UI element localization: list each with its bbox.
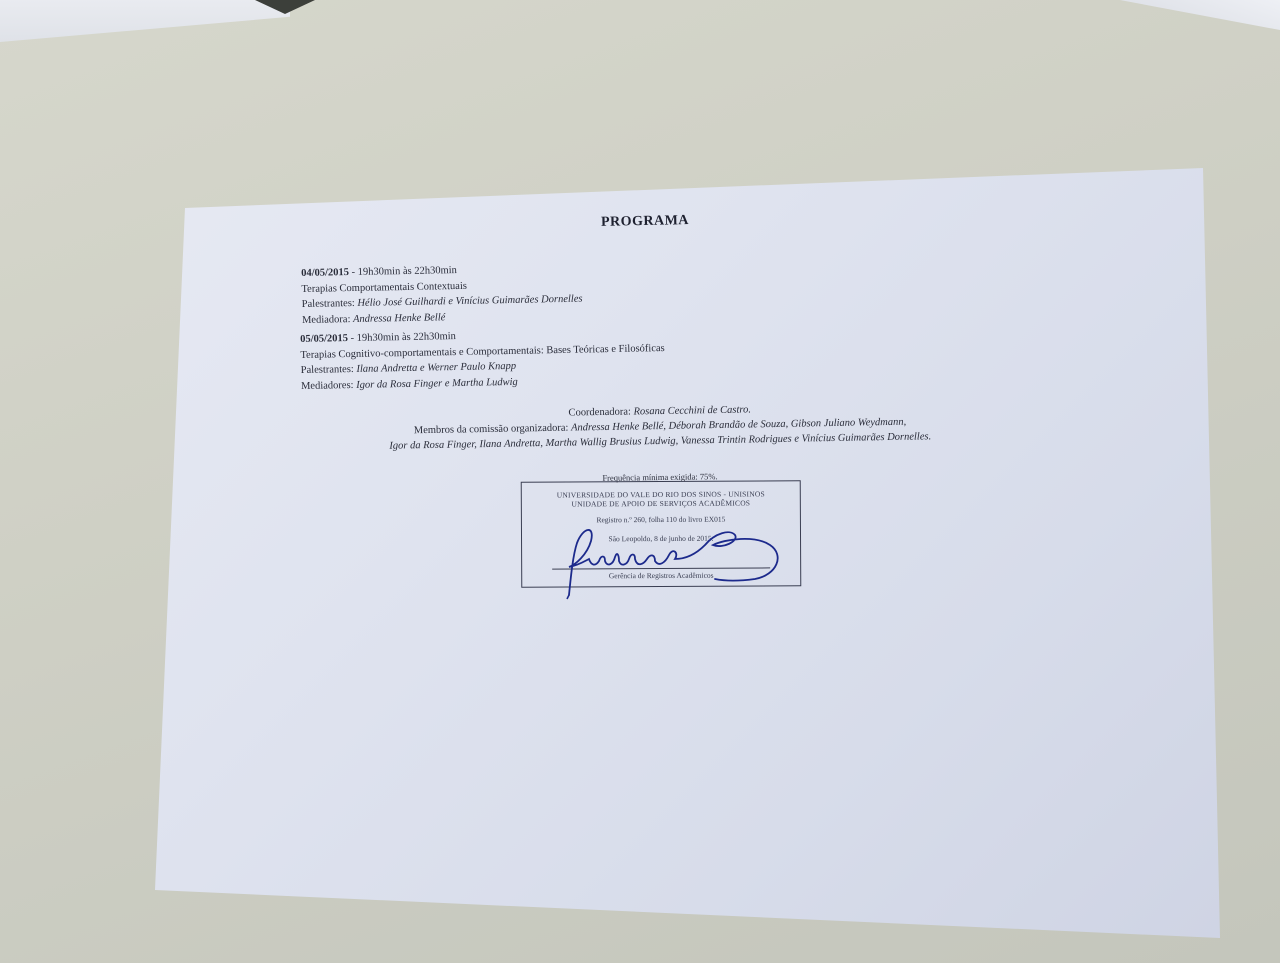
- stamp-place-date: São Leopoldo, 8 de junho de 2015.: [522, 533, 800, 543]
- registration-stamp: UNIVERSIDADE DO VALE DO RIO DOS SINOS - …: [521, 480, 802, 587]
- session-2: 05/05/2015 - 19h30min às 22h30min Terapi…: [300, 325, 665, 394]
- page-title: PROGRAMA: [600, 213, 690, 231]
- stamp-office: Gerência de Registros Acadêmicos: [522, 570, 800, 580]
- document-content: PROGRAMA 04/05/2015 - 19h30min às 22h30m…: [0, 0, 1280, 963]
- credits: Coordenadora: Rosana Cecchini de Castro.…: [360, 399, 961, 454]
- stamp-registration: Registro n.º 260, folha 110 do livro EX0…: [522, 514, 800, 524]
- stamp-unit: UNIDADE DE APOIO DE SERVIÇOS ACADÊMICOS: [522, 498, 800, 508]
- session-1: 04/05/2015 - 19h30min às 22h30min Terapi…: [301, 261, 583, 328]
- signature-line: [552, 567, 770, 569]
